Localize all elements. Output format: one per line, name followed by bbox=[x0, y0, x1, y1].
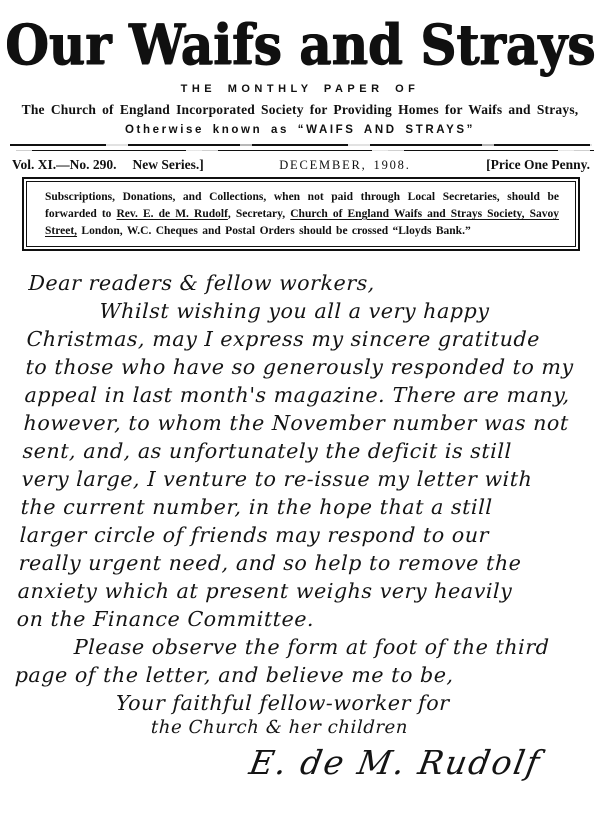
letter-salutation: Dear readers & fellow workers, bbox=[28, 269, 595, 297]
letter-line: larger circle of friends may respond to … bbox=[19, 521, 586, 549]
paper-subtitle: THE MONTHLY PAPER OF bbox=[0, 83, 600, 95]
letter-line: to those who have so generously responde… bbox=[25, 353, 592, 381]
letter-line: on the Finance Committee. bbox=[16, 605, 583, 633]
letter-line: the current number, in the hope that a s… bbox=[20, 493, 587, 521]
subscriptions-notice-box: Subscriptions, Donations, and Collection… bbox=[26, 181, 576, 247]
paper-title: Our Waifs and Strays bbox=[0, 13, 600, 77]
issue-date: DECEMBER, 1908. bbox=[204, 158, 486, 173]
price-label: [Price One Penny. bbox=[486, 157, 590, 173]
notice-segment: , Secretary, bbox=[228, 208, 290, 220]
letter-line: very large, I venture to re-issue my let… bbox=[21, 465, 588, 493]
letter-line: really urgent need, and so help to remov… bbox=[18, 549, 585, 577]
society-name-line: The Church of England Incorporated Socie… bbox=[0, 102, 600, 118]
secretary-name-underlined: Rev. E. de M. Rudolf bbox=[117, 208, 228, 220]
issue-info-line: Vol. XI.—No. 290. New Series.] DECEMBER,… bbox=[0, 151, 600, 173]
letter-line: page of the letter, and believe me to be… bbox=[14, 661, 581, 689]
letter-valediction-line2: the Church & her children bbox=[151, 717, 580, 739]
letter-line: however, to whom the November number was… bbox=[23, 409, 590, 437]
letter-line: sent, and, as unfortunately the deficit … bbox=[22, 437, 589, 465]
signature: E. de M. Rudolf bbox=[246, 741, 582, 785]
otherwise-known-as-line: Otherwise known as “WAIFS AND STRAYS” bbox=[0, 124, 600, 136]
series-label: New Series.] bbox=[133, 157, 204, 173]
letter-line: Christmas, may I express my sincere grat… bbox=[26, 325, 593, 353]
subscriptions-notice-text: Subscriptions, Donations, and Collection… bbox=[45, 189, 559, 240]
horizontal-rule-top bbox=[6, 144, 594, 151]
masthead: Our Waifs and Strays THE MONTHLY PAPER O… bbox=[0, 16, 600, 136]
scanned-page: Our Waifs and Strays THE MONTHLY PAPER O… bbox=[0, 0, 600, 832]
notice-segment: London, W.C. Cheques and Postal Orders s… bbox=[77, 225, 471, 237]
letter-line: anxiety which at present weighs very hea… bbox=[17, 577, 584, 605]
handwritten-letter: Dear readers & fellow workers, Whilst wi… bbox=[0, 269, 600, 785]
letter-line: appeal in last month's magazine. There a… bbox=[24, 381, 591, 409]
letter-line: Please observe the form at foot of the t… bbox=[73, 633, 582, 661]
letter-line: Whilst wishing you all a very happy bbox=[99, 297, 594, 325]
volume-number: Vol. XI.—No. 290. bbox=[12, 157, 117, 173]
letter-valediction: Your faithful fellow-worker for bbox=[115, 689, 580, 717]
